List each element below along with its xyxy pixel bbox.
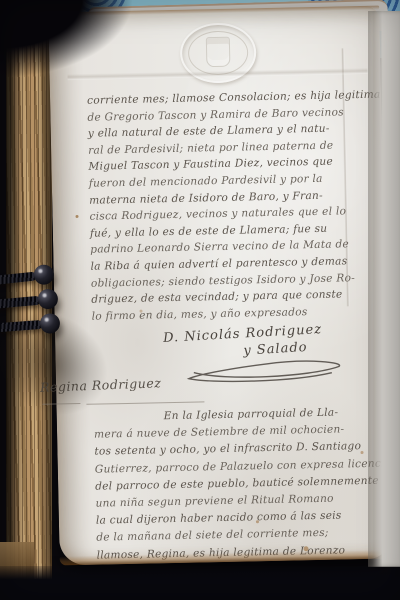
pin-head	[37, 288, 59, 310]
top-left-shadow	[0, 0, 150, 95]
bottom-dark-band	[0, 566, 400, 600]
pin-head	[39, 313, 60, 334]
margin-underline	[86, 401, 204, 404]
pin-shaft	[0, 272, 36, 286]
foxing-spots	[75, 215, 78, 218]
photo-scene: corriente mes; llamose Consolacion; es h…	[0, 0, 400, 600]
pin-head	[33, 264, 55, 286]
page-curl-right-edge	[368, 11, 400, 567]
record-regina-text: En la Iglesia parroquial de Lla- mera á …	[94, 403, 397, 564]
pin-shaft	[0, 296, 40, 309]
record-consolacion-text: corriente mes; llamose Consolacion; es h…	[87, 86, 392, 325]
pin-shaft	[0, 320, 42, 332]
signature-rubric-flourish	[183, 353, 354, 387]
